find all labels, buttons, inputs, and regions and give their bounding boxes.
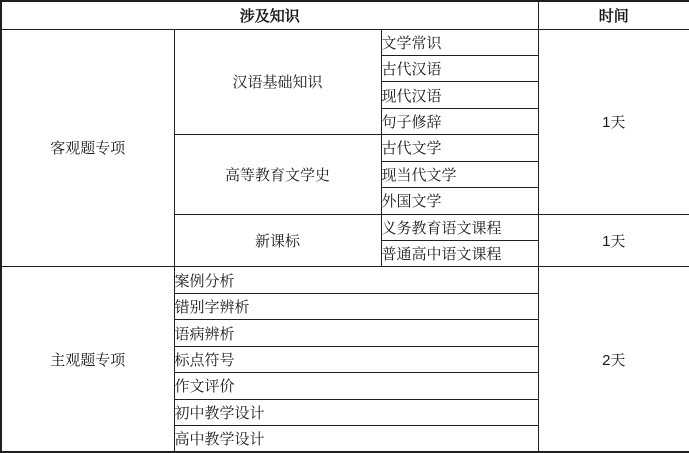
header-row: 涉及知识 时间 bbox=[1, 1, 689, 29]
section-label-objective: 客观题专项 bbox=[1, 29, 174, 267]
group-label-chinese-basics: 汉语基础知识 bbox=[174, 29, 381, 135]
section-label-subjective: 主观题专项 bbox=[1, 267, 174, 452]
knowledge-item: 句子修辞 bbox=[381, 108, 538, 134]
knowledge-item: 普通高中语文课程 bbox=[381, 241, 538, 267]
time-value-subjective: 2天 bbox=[538, 267, 689, 452]
knowledge-item: 高中教学设计 bbox=[174, 426, 538, 452]
table-row: 主观题专项 案例分析 2天 bbox=[1, 267, 689, 293]
knowledge-item: 古代文学 bbox=[381, 135, 538, 161]
knowledge-item: 义务教育语文课程 bbox=[381, 214, 538, 240]
knowledge-item: 作文评价 bbox=[174, 373, 538, 399]
knowledge-item: 外国文学 bbox=[381, 188, 538, 214]
knowledge-item: 现当代文学 bbox=[381, 161, 538, 187]
time-value-objective-basic: 1天 bbox=[538, 29, 689, 214]
knowledge-item: 语病辨析 bbox=[174, 320, 538, 346]
knowledge-item: 文学常识 bbox=[381, 29, 538, 55]
time-value-new-standard: 1天 bbox=[538, 214, 689, 267]
study-plan-table: 涉及知识 时间 客观题专项 汉语基础知识 文学常识 1天 古代汉语 现代汉语 句… bbox=[0, 0, 689, 453]
knowledge-item: 标点符号 bbox=[174, 346, 538, 372]
knowledge-item: 古代汉语 bbox=[381, 55, 538, 81]
header-knowledge: 涉及知识 bbox=[1, 1, 538, 29]
knowledge-item: 现代汉语 bbox=[381, 82, 538, 108]
knowledge-item: 初中教学设计 bbox=[174, 399, 538, 425]
table-row: 客观题专项 汉语基础知识 文学常识 1天 bbox=[1, 29, 689, 55]
group-label-new-standard: 新课标 bbox=[174, 214, 381, 267]
knowledge-item: 错别字辨析 bbox=[174, 293, 538, 319]
header-time: 时间 bbox=[538, 1, 689, 29]
group-label-literature-history: 高等教育文学史 bbox=[174, 135, 381, 214]
knowledge-item: 案例分析 bbox=[174, 267, 538, 293]
